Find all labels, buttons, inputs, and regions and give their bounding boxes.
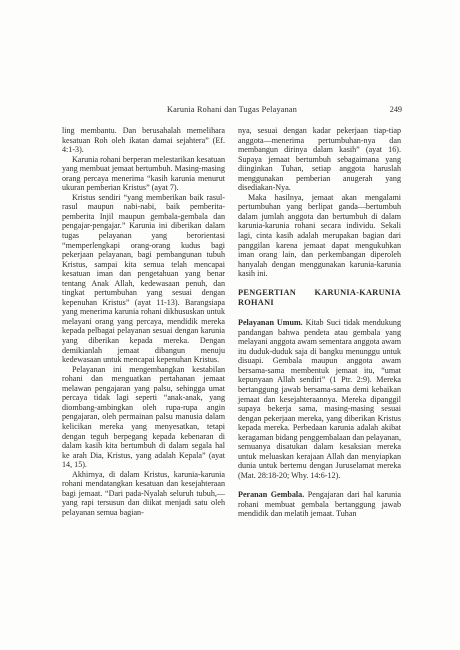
paragraph: Kristus sendiri “yang memberikan baik ra…: [62, 193, 225, 365]
paragraph-text: Kitab Suci tidak mendukung pandangan bah…: [238, 318, 401, 480]
text-columns: ling membantu. Dan berusahalah memelihar…: [62, 126, 401, 519]
paragraph: ling membantu. Dan berusahalah memelihar…: [62, 126, 225, 155]
book-page: Karunia Rohani dan Tugas Pelayanan 249 l…: [0, 0, 460, 650]
left-column: ling membantu. Dan berusahalah memelihar…: [62, 126, 225, 519]
paragraph: Karunia rohani berperan melestarikan kes…: [62, 155, 225, 193]
right-column: nya, sesuai dengan kadar pekerjaan tiap-…: [238, 126, 401, 519]
section-heading: PENGERTIAN KARUNIA-KARUNIA ROHANI: [238, 288, 401, 308]
paragraph: Pelayanan ini mengembangkan kestabilan r…: [62, 365, 225, 470]
running-title: Karunia Rohani dan Tugas Pelayanan: [62, 105, 402, 115]
paragraph: Akhirnya, di dalam Kristus, karunia-karu…: [62, 470, 225, 518]
paragraph-lead-in: Peranan Gembala.: [238, 490, 304, 499]
paragraph-with-lead: Peranan Gembala. Pengajaran dari hal kar…: [238, 490, 401, 519]
page-number: 249: [390, 105, 402, 115]
paragraph: nya, sesuai dengan kadar pekerjaan tiap-…: [238, 126, 401, 193]
paragraph: Maka hasilnya, jemaat akan mengalami per…: [238, 193, 401, 279]
paragraph-with-lead: Pelayanan Umum. Kitab Suci tidak menduku…: [238, 318, 401, 480]
page-header: Karunia Rohani dan Tugas Pelayanan 249: [62, 105, 402, 115]
paragraph-lead-in: Pelayanan Umum.: [238, 318, 303, 327]
